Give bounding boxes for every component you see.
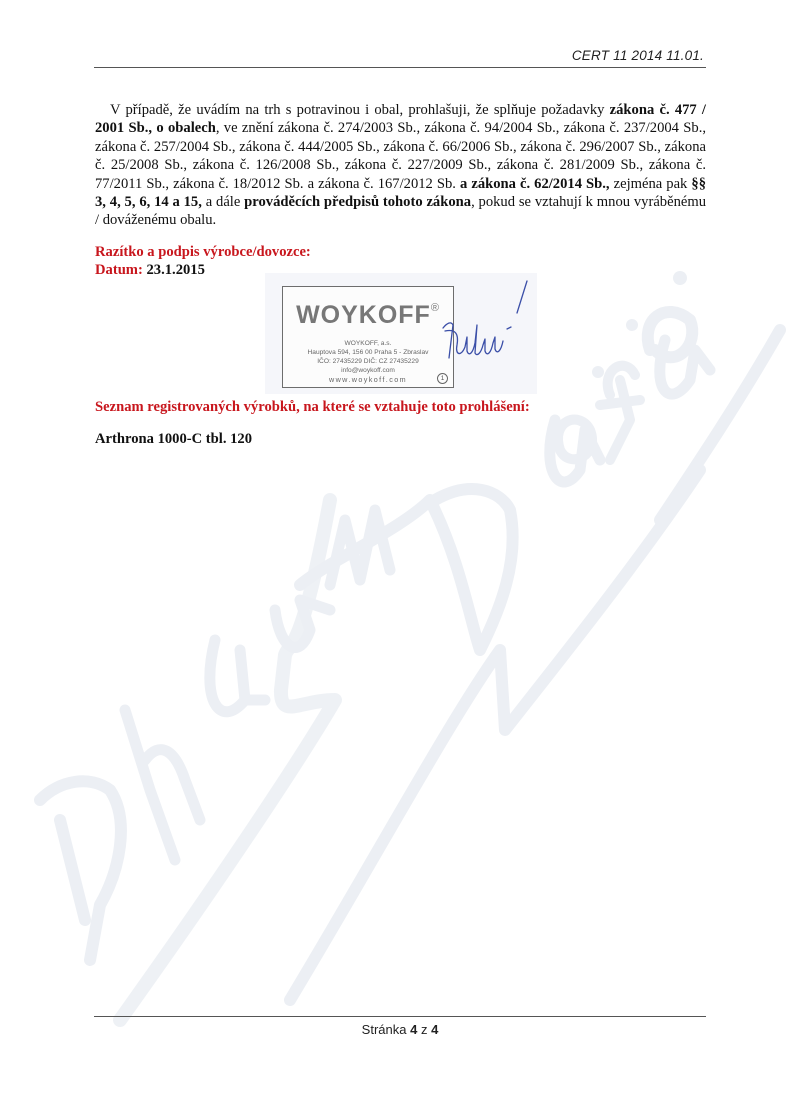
page-current: 4 xyxy=(410,1022,417,1037)
stamp-details: WOYKOFF, a.s. Hauptova 594, 156 00 Praha… xyxy=(283,339,453,384)
page-total: 4 xyxy=(431,1022,438,1037)
stamp-company: WOYKOFF, a.s. xyxy=(283,339,453,348)
declaration-text-3: zejména pak xyxy=(610,176,692,192)
date-value: 23.1.2015 xyxy=(147,262,205,278)
stamp-box: WOYKOFF® WOYKOFF, a.s. Hauptova 594, 156… xyxy=(282,286,454,388)
page-separator: z xyxy=(421,1022,428,1037)
declaration-text-4: a dále xyxy=(202,194,244,210)
stamp-ids: IČO: 27435229 DIČ: CZ 27435229 xyxy=(283,357,453,366)
stamp-email: info@woykoff.com xyxy=(283,366,453,375)
stamp-logo: WOYKOFF® xyxy=(283,301,453,330)
company-stamp: WOYKOFF® WOYKOFF, a.s. Hauptova 594, 156… xyxy=(265,273,537,394)
header-divider xyxy=(94,67,706,68)
declaration-paragraph: V případě, že uvádím na trh s potravinou… xyxy=(95,101,706,230)
date-line: Datum: 23.1.2015 xyxy=(95,261,205,279)
footer-divider xyxy=(94,1016,706,1017)
stamp-logo-text: WOYKOFF xyxy=(296,301,431,329)
handwritten-signature xyxy=(435,273,535,383)
declaration-regulations: prováděcích předpisů tohoto zákona xyxy=(244,194,471,210)
signature-label: Razítko a podpis výrobce/dovozce: xyxy=(95,243,311,261)
declaration-law-62: a zákona č. 62/2014 Sb., xyxy=(460,176,610,192)
product-item: Arthrona 1000-C tbl. 120 xyxy=(95,430,252,448)
page-word: Stránka xyxy=(362,1022,407,1037)
declaration-text-1: V případě, že uvádím na trh s potravinou… xyxy=(110,102,610,118)
stamp-website: www.woykoff.com xyxy=(283,375,453,384)
page-number: Stránka 4 z 4 xyxy=(0,1022,800,1037)
document-reference: CERT 11 2014 11.01. xyxy=(572,48,704,63)
date-label: Datum: xyxy=(95,262,143,278)
product-list-heading: Seznam registrovaných výrobků, na které … xyxy=(95,398,530,416)
stamp-address: Hauptova 594, 156 00 Praha 5 - Zbraslav xyxy=(283,348,453,357)
document-page: CERT 11 2014 11.01. V případě, že uvádím… xyxy=(0,0,800,1100)
